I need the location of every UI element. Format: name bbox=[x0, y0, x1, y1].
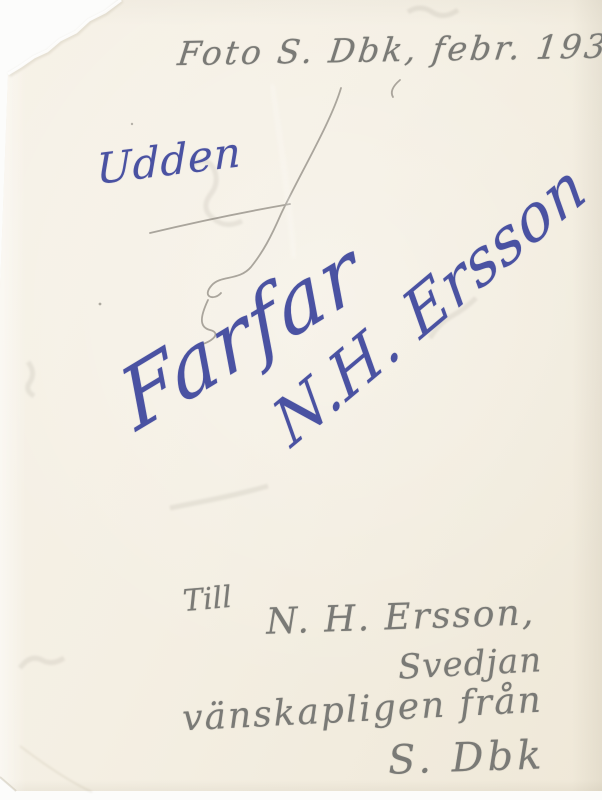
photo-paper bbox=[0, 0, 602, 800]
scanned-photo-back: Foto S. Dbk, febr. 1932. Udden Farfar N.… bbox=[0, 0, 602, 800]
